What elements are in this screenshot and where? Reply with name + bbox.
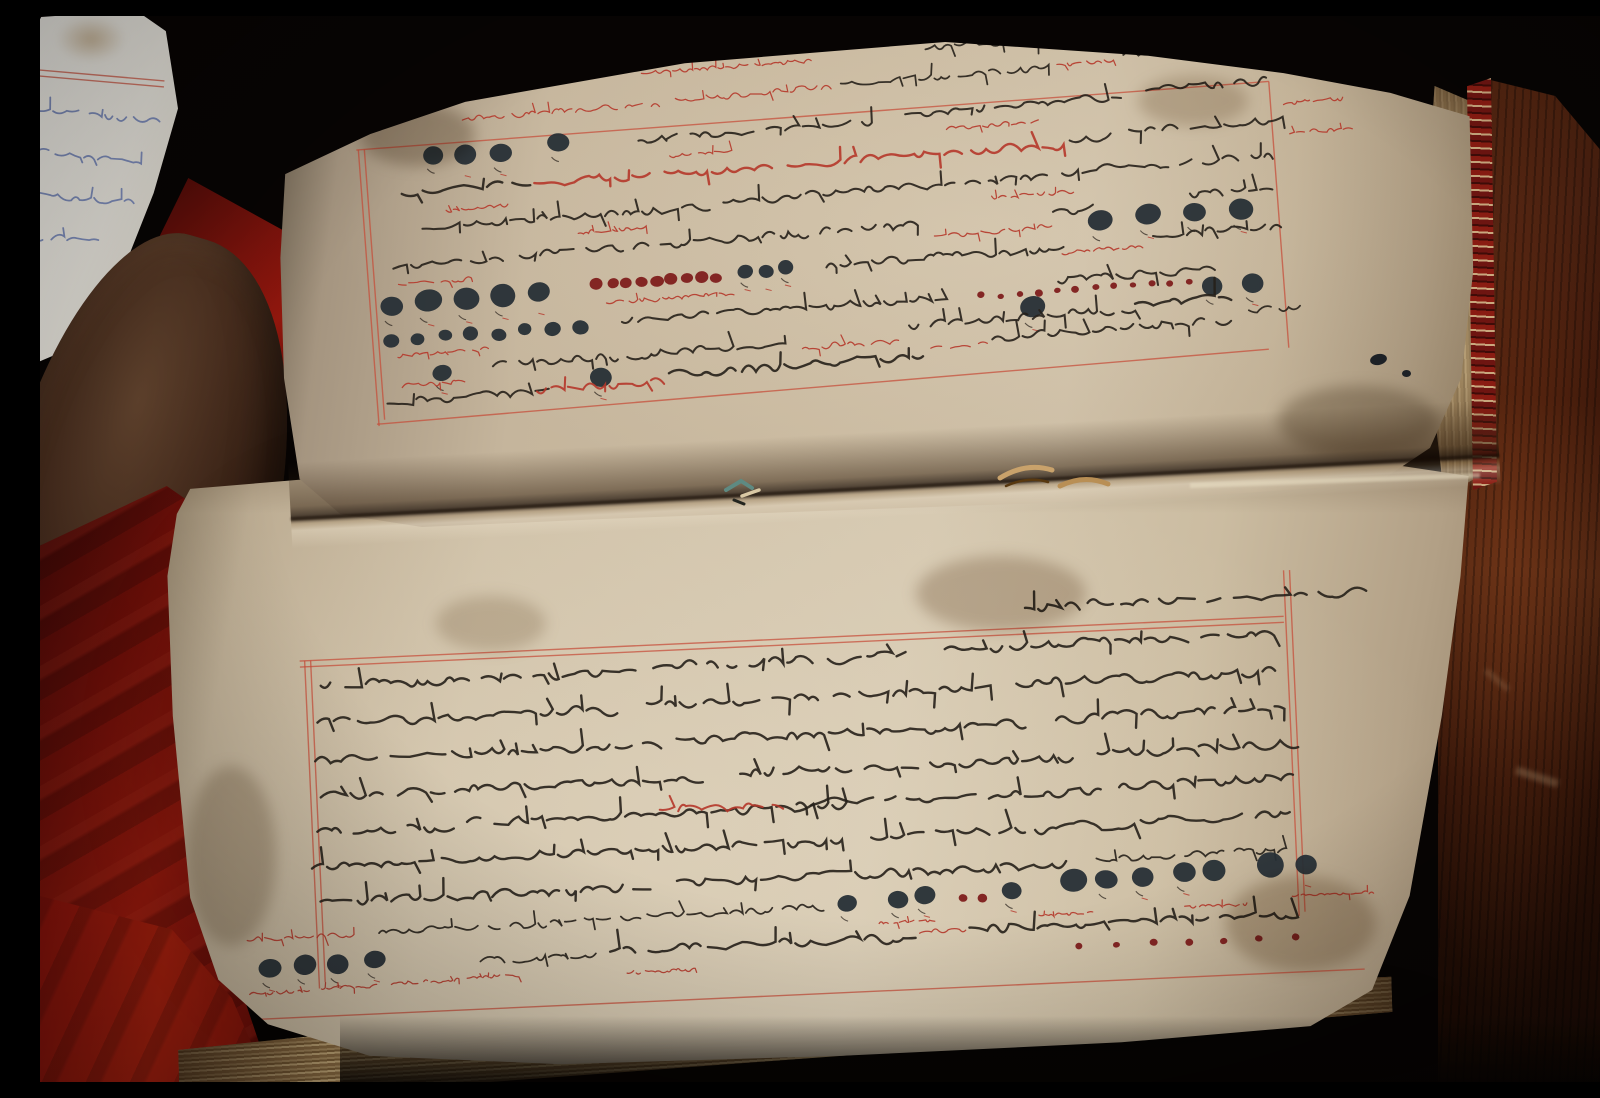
parchment-stain: [916, 556, 1086, 631]
wood-scratch-mark: [1484, 668, 1511, 692]
binding-thread-left: [720, 466, 780, 512]
wood-scratch-mark: [1515, 766, 1559, 787]
parchment-stain: [186, 766, 276, 946]
manuscript-photo-scene: [40, 16, 1600, 1082]
parchment-stain: [1226, 876, 1376, 971]
gutter-crease-line: [291, 454, 1499, 520]
parchment-stain: [1138, 76, 1248, 126]
ink-blot: [1402, 370, 1411, 377]
binding-thread-right: [990, 444, 1130, 504]
parchment-stain: [436, 596, 546, 651]
parchment-stain: [360, 104, 475, 166]
